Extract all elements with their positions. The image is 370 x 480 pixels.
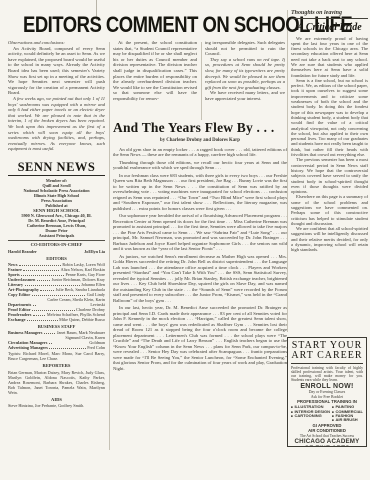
staff-row: Circulation ManagersSigmund Clavin, Kare…	[8, 335, 105, 345]
editors-comment-column-2: At the present, the school constitution …	[113, 40, 197, 124]
staff-names: Mike Quinn, Debbie Russo	[59, 317, 105, 322]
kicker-line: Thoughts on leaving	[291, 10, 368, 19]
dot-leader	[19, 265, 61, 266]
paragraph: A few weeks ago, we pointed out that onl…	[8, 96, 105, 152]
aids-header: AIDS	[8, 397, 105, 402]
staff-names: Sigmund Clavin, Karen Goldman	[53, 335, 105, 345]
typists-line: Typists: Richard Morel, Marc Mono, Sue C…	[8, 351, 105, 361]
dot-leader	[27, 320, 58, 321]
course-item: CARTOONING	[294, 414, 321, 418]
ad-title: START YOUR ART CAREER	[291, 341, 363, 365]
masthead-line: Assistant Principals	[8, 233, 105, 238]
staff-row: DepartmentsCarlee Cream, Sheila Klein, K…	[8, 297, 105, 307]
ad-title-line: ART CAREER	[291, 351, 363, 362]
coeditors-header: CO-EDITORS-IN-CHIEF	[8, 240, 105, 247]
paragraph: Senn is a fine school, but no school is …	[291, 78, 368, 157]
column-rule	[109, 42, 110, 450]
ad-academy-name: CHICAGO ACADEMY OF FINE ARTS	[291, 439, 363, 447]
staff-names: Carlee Cream, Sheila Klein, Karin Levins…	[37, 297, 105, 307]
course-item: AIR BRUSH	[335, 418, 357, 422]
dot-leader	[44, 333, 56, 334]
column-rule	[287, 10, 288, 332]
paragraph: In our freshman class were 683 students,…	[113, 173, 287, 212]
paragraph: We are extremely proud of having spent t…	[291, 36, 368, 78]
dot-leader	[32, 310, 74, 311]
paragraph: Elsewhere on this page is a summary of s…	[291, 194, 368, 226]
editorial-headline: A Critical Pride	[291, 22, 368, 33]
dot-leader	[49, 343, 52, 344]
paragraph: Our sophomore year heralded the arrival …	[113, 213, 287, 252]
reporters-header: REPORTERS	[8, 363, 105, 368]
ad-course-list: ■ILLUSTRATION ■INTERIOR DESIGN ■CARTOONI…	[291, 405, 363, 423]
dot-leader	[32, 295, 86, 296]
ad-approved-lines: GI APPROVED AIR CONDITIONED	[291, 424, 363, 433]
ad-academy-line: OF FINE ARTS	[291, 446, 363, 447]
coeditor-name: JoEllyn Lia	[84, 249, 105, 254]
paragraph: An Activity Board, composed of every Sen…	[8, 46, 105, 96]
paragraph: The previous semester has been a most co…	[291, 157, 368, 194]
bullet-square-icon: ■	[332, 418, 334, 422]
staff-role: Copy Editor	[8, 292, 30, 297]
dot-leader	[33, 315, 46, 316]
aids-line: Steve Hintzina, Joe Perbante, Godfrey Sm…	[8, 403, 105, 408]
ad-body-text: Professional training with faculty of hi…	[291, 366, 363, 383]
editors-comment-column-3: ing irresponsible delegates. Such delega…	[205, 40, 285, 124]
staff-role: Advertising Managers	[8, 345, 48, 350]
staff-role: Exchange	[8, 317, 25, 322]
staff-row: Advertising ManagersFred Cohn	[8, 345, 105, 350]
paragraph: Thumbing through those old editions, we …	[113, 160, 287, 171]
critical-pride-column: Thoughts on leaving A Critical Pride We …	[291, 10, 368, 332]
ad-enroll-now: ENROLL NOW!	[291, 383, 363, 390]
newspaper-page: EDITORS COMMENT ON SCHOOL LIFE Observati…	[0, 0, 370, 480]
paragraph: An old gym shoe in an empty locker . . .…	[113, 147, 287, 158]
dot-leader	[21, 275, 64, 276]
article-byline: by Charlene Drobny and Dolores Karp	[113, 138, 287, 144]
coeditor-name: Harold Brander	[8, 249, 37, 254]
ad-tagline: The Art School that Teaches Success	[291, 434, 363, 438]
dot-leader	[37, 280, 50, 281]
dot-leader	[40, 290, 54, 291]
staff-role: Business Managers	[8, 330, 42, 335]
masthead-title: SENN NEWS	[8, 161, 105, 176]
paragraph: We have received many letters, and we ha…	[205, 90, 285, 101]
staff-names: Fred Cohn	[87, 345, 105, 350]
paragraph: They say a school runs on red tape. If s…	[205, 57, 285, 91]
dot-leader	[23, 270, 59, 271]
years-flew-by-article: And The Years Flew By . . . by Charlene …	[113, 120, 287, 452]
dot-leader	[49, 348, 85, 349]
column-rule	[201, 42, 202, 120]
dot-leader	[33, 305, 36, 306]
editors-comment-column-1: Observations and conclusions: An Activit…	[8, 40, 105, 454]
paragraph: At the present, the school constitution …	[113, 40, 197, 102]
art-school-advertisement: START YOUR ART CAREER Professional train…	[287, 337, 367, 447]
masthead: SENN NEWS Member of: Quill and Scroll Na…	[8, 161, 105, 409]
staff-row: ExchangeMike Quinn, Debbie Russo	[8, 317, 105, 322]
paragraph: ing irresponsible delegates. Such delega…	[205, 40, 285, 57]
bullet-square-icon: ■	[291, 414, 293, 418]
paragraph: In our last, hectic year, Dr. M. Benedic…	[113, 305, 287, 371]
dot-leader	[25, 285, 80, 286]
article-headline: And The Years Flew By . . .	[113, 120, 287, 135]
reporters-line: Brian German, Marion Daisey, Mary Revich…	[8, 370, 105, 395]
paragraph: We are confident that all school-spirite…	[291, 226, 368, 252]
paragraph: As juniors, we watched Senn's enrollment…	[113, 254, 287, 304]
